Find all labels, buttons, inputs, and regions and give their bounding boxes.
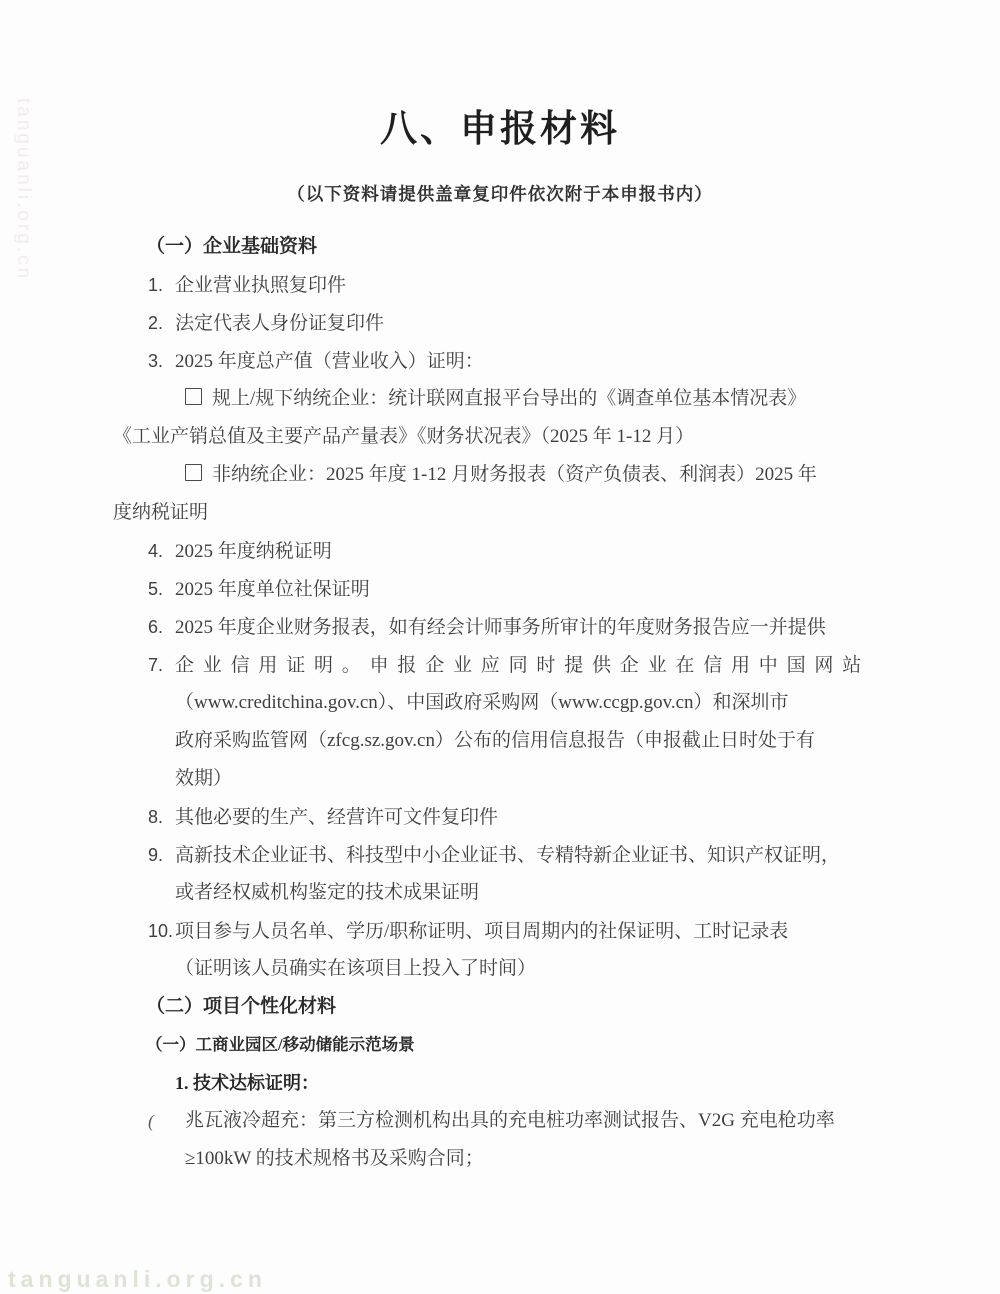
item-2-text: 法定代表人身份证复印件	[175, 313, 384, 334]
item-3-option-2-text: 非纳统企业：2025 年度 1-12 月财务报表（资产负债表、利润表）2025 …	[212, 464, 817, 485]
section-project-heading: （二）项目个性化材料	[113, 988, 887, 1026]
item-8-text: 其他必要的生产、经营许可文件复印件	[175, 807, 498, 828]
item-7: 7.企业信用证明。申报企业应同时提供企业在信用中国网站	[113, 646, 887, 684]
scene-1-sub-1-title: 1. 技术达标证明：	[113, 1064, 887, 1102]
page-title: 八、申报材料	[113, 104, 887, 156]
watermark-bottom-left: tanguanli.org.cn	[8, 1264, 267, 1294]
item-3-option-2-continuation: 度纳税证明	[113, 494, 887, 532]
item-4-number: 4.	[148, 532, 175, 570]
scene-1-bullet-1-line1: 兆瓦液冷超充：第三方检测机构出具的充电桩功率测试报告、V2G 充电枪功率	[185, 1110, 835, 1131]
scene-1-bullet-1: (兆瓦液冷超充：第三方检测机构出具的充电桩功率测试报告、V2G 充电枪功率	[113, 1102, 887, 1140]
item-3-option-1-continuation: 《工业产销总值及主要产品产量表》《财务状况表》（2025 年 1-12 月）	[113, 418, 887, 456]
item-1-text: 企业营业执照复印件	[175, 275, 346, 296]
item-1-number: 1.	[148, 266, 175, 304]
item-9-text-line1: 高新技术企业证书、科技型中小企业证书、专精特新企业证书、知识产权证明，	[175, 845, 840, 866]
item-3-option-1-text: 规上/规下纳统企业：统计联网直报平台导出的《调查单位基本情况表》	[212, 388, 806, 409]
section-basic-heading: （一）企业基础资料	[113, 228, 887, 266]
item-6-text: 2025 年度企业财务报表，如有经会计师事务所审计的年度财务报告应一并提供	[175, 617, 826, 638]
item-8: 8.其他必要的生产、经营许可文件复印件	[113, 798, 887, 836]
item-7-text-line1: 企业信用证明。申报企业应同时提供企业在信用中国网站	[175, 655, 870, 676]
item-7-number: 7.	[148, 646, 175, 684]
item-1: 1.企业营业执照复印件	[113, 266, 887, 304]
item-5-text: 2025 年度单位社保证明	[175, 579, 370, 600]
scene-1-heading: （一）工商业园区/移动储能示范场景	[113, 1026, 887, 1064]
item-7-text-line3: 政府采购监管网（zfcg.sz.gov.cn）公布的信用信息报告（申报截止日时处…	[113, 722, 887, 760]
item-3-number: 3.	[148, 342, 175, 380]
item-9: 9.高新技术企业证书、科技型中小企业证书、专精特新企业证书、知识产权证明，	[113, 836, 887, 874]
item-6-number: 6.	[148, 608, 175, 646]
item-3-text: 2025 年度总产值（营业收入）证明：	[175, 351, 484, 372]
page-content: 八、申报材料 （以下资料请提供盖章复印件依次附于本申报书内） （一）企业基础资料…	[113, 0, 887, 1178]
item-7-text-line4: 效期）	[113, 760, 887, 798]
document-page: tanguanli.org.cn 八、申报材料 （以下资料请提供盖章复印件依次附…	[0, 0, 1000, 1294]
item-10-number: 10.	[148, 912, 175, 950]
item-10-text-line2: （证明该人员确实在该项目上投入了时间）	[113, 950, 887, 988]
item-5-number: 5.	[148, 570, 175, 608]
item-3-option-1: 规上/规下纳统企业：统计联网直报平台导出的《调查单位基本情况表》	[113, 380, 887, 418]
item-2: 2.法定代表人身份证复印件	[113, 304, 887, 342]
item-4-text: 2025 年度纳税证明	[175, 541, 332, 562]
item-10-text-line1: 项目参与人员名单、学历/职称证明、项目周期内的社保证明、工时记录表	[175, 921, 788, 942]
item-5: 5.2025 年度单位社保证明	[113, 570, 887, 608]
scene-1-bullet-1-line2: ≥100kW 的技术规格书及采购合同；	[113, 1140, 887, 1178]
item-8-number: 8.	[148, 798, 175, 836]
watermark-top-left: tanguanli.org.cn	[12, 98, 34, 281]
item-9-number: 9.	[148, 836, 175, 874]
item-6: 6.2025 年度企业财务报表，如有经会计师事务所审计的年度财务报告应一并提供	[113, 608, 887, 646]
page-subtitle: （以下资料请提供盖章复印件依次附于本申报书内）	[113, 180, 887, 208]
item-10: 10.项目参与人员名单、学历/职称证明、项目周期内的社保证明、工时记录表	[113, 912, 887, 950]
item-2-number: 2.	[148, 304, 175, 342]
checkbox-icon	[185, 388, 202, 405]
item-7-text-line2: （www.creditchina.gov.cn）、中国政府采购网（www.ccg…	[113, 684, 887, 722]
item-3-option-2: 非纳统企业：2025 年度 1-12 月财务报表（资产负债表、利润表）2025 …	[113, 456, 887, 494]
item-9-text-line2: 或者经权威机构鉴定的技术成果证明	[113, 874, 887, 912]
bullet-mark-icon: (	[148, 1102, 154, 1140]
item-3: 3.2025 年度总产值（营业收入）证明：	[113, 342, 887, 380]
item-4: 4.2025 年度纳税证明	[113, 532, 887, 570]
checkbox-icon	[185, 464, 202, 481]
